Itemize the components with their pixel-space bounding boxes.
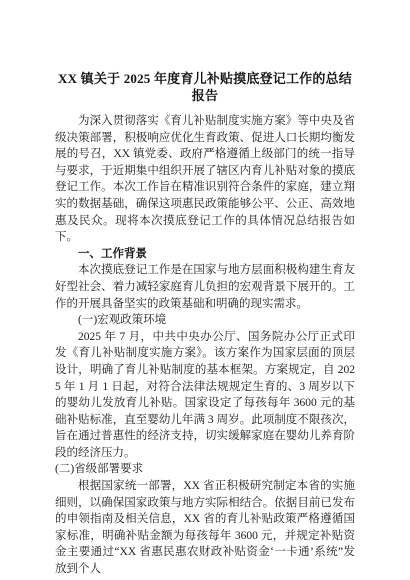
- heading-provincial-deployment: (二)省级部署要求: [55, 461, 355, 478]
- paragraph-intro: 为深入贯彻落实《育儿补贴制度实施方案》等中央及省级决策部署，积极响应优化生育政策…: [55, 113, 355, 246]
- document-content: XX 镇关于 2025 年度育儿补贴摸底登记工作的总结报告 为深入贯彻落实《育儿…: [55, 70, 355, 578]
- paragraph-macro-policy: 2025 年 7 月，中共中央办公厅、国务院办公厅正式印发《育儿补贴制度实施方案…: [55, 329, 355, 462]
- heading-work-background: 一、工作背景: [55, 246, 355, 263]
- document-page: XX 镇关于 2025 年度育儿补贴摸底登记工作的总结报告 为深入贯彻落实《育儿…: [0, 0, 410, 580]
- paragraph-background: 本次摸底登记工作是在国家与地方层面积极构建生育友好型社会、着力减轻家庭育儿负担的…: [55, 262, 355, 312]
- paragraph-provincial-deployment: 根据国家统一部署，XX 省正积极研究制定本省的实施细则，以确保国家政策与地方实际…: [55, 478, 355, 578]
- heading-macro-policy-environment: (一)宏观政策环境: [55, 312, 355, 329]
- document-title: XX 镇关于 2025 年度育儿补贴摸底登记工作的总结报告: [55, 70, 355, 104]
